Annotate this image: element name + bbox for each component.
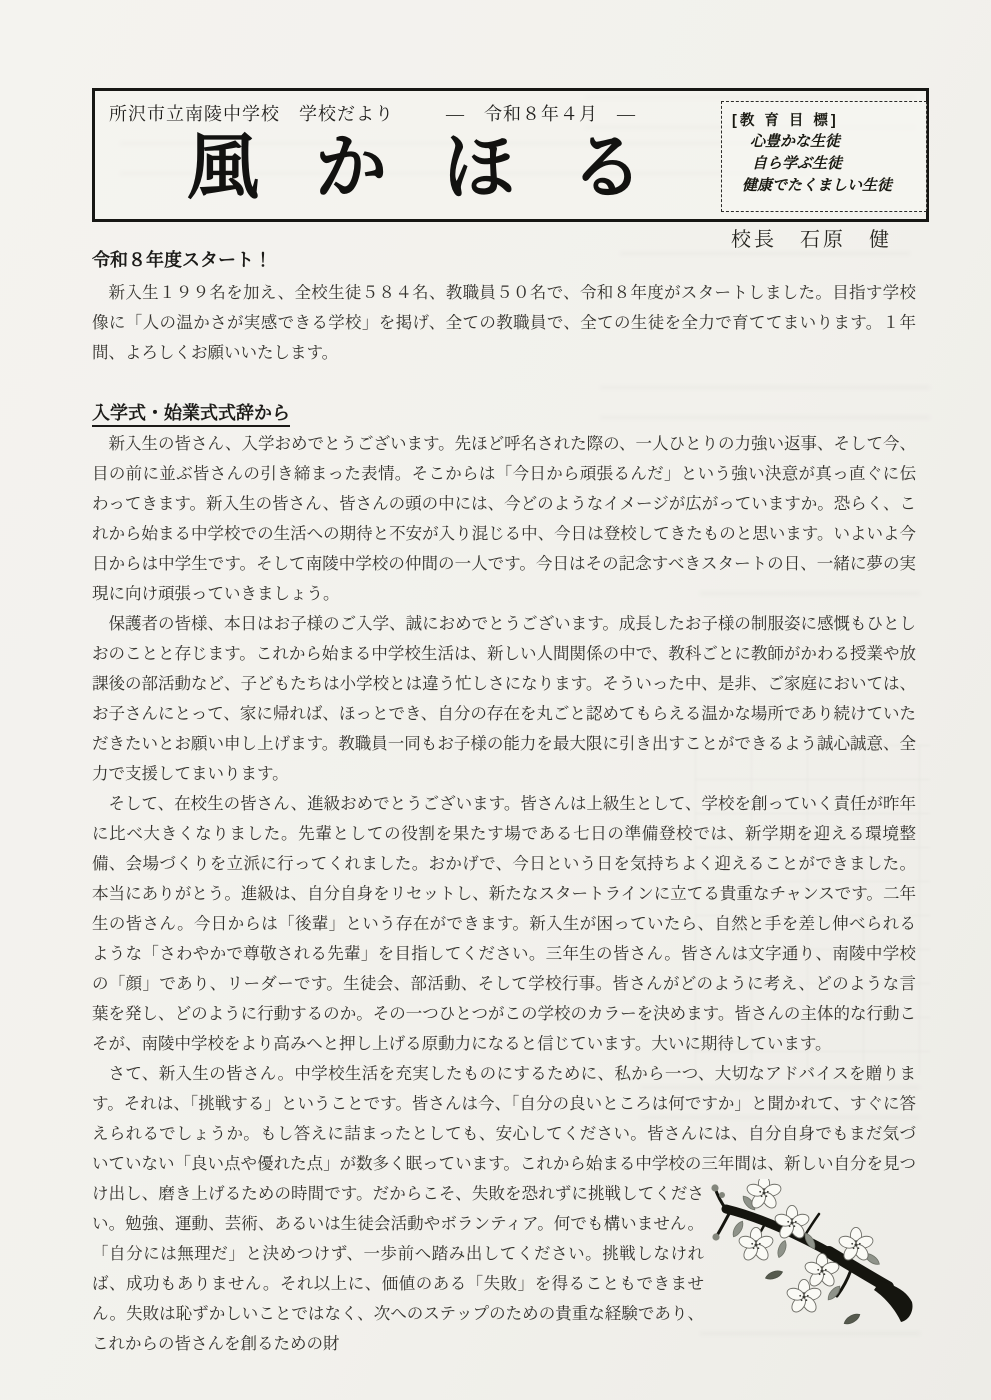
school-name: 所沢市立南陵中学校 学校だより [109,100,394,126]
education-goals-box: [教 育 目 標] 心豊かな生徒 自ら学ぶ生徒 健康でたくましい生徒 [721,101,927,212]
section-heading-ceremony: 入学式・始業式式辞から [92,400,916,426]
cherry-blossom-icon [704,1179,916,1357]
goal-item: 心豊かな生徒 [722,130,926,152]
goals-heading: [教 育 目 標] [722,109,926,130]
newsletter-page: 所沢市立南陵中学校 学校だより ― 令和８年４月 ― 風かほる [教 育 目 標… [0,0,991,1400]
newsletter-body: 令和８年度スタート！ 新入生１９９名を加え、全校生徒５８４名、教職員５０名で、令… [92,247,916,1359]
issue-date: ― 令和８年４月 ― [446,100,636,126]
paragraph-parents: 保護者の皆様、本日はお子様のご入学、誠におめでとうございます。成長したお子様の制… [92,609,916,789]
masthead-box: 所沢市立南陵中学校 学校だより ― 令和８年４月 ― 風かほる [教 育 目 標… [92,88,929,222]
goal-item: 健康でたくましい生徒 [722,174,926,196]
section-heading-start: 令和８年度スタート！ [92,247,916,273]
goal-item: 自ら学ぶ生徒 [722,152,926,174]
paragraph-advice: さて、新入生の皆さん。中学校生活を充実したものにするために、私から一つ、大切なア… [92,1059,916,1359]
paragraph-current-students: そして、在校生の皆さん、進級おめでとうございます。皆さんは上級生として、学校を創… [92,789,916,1059]
paragraph-new-students: 新入生の皆さん、入学おめでとうございます。先ほど呼名された際の、一人ひとりの力強… [92,429,916,609]
cherry-blossom-illustration [704,1179,916,1357]
section-heading-ceremony-text: 入学式・始業式式辞から [92,403,290,427]
paragraph-intro: 新入生１９９名を加え、全校生徒５８４名、教職員５０名で、令和８年度がスタートしま… [92,278,916,368]
